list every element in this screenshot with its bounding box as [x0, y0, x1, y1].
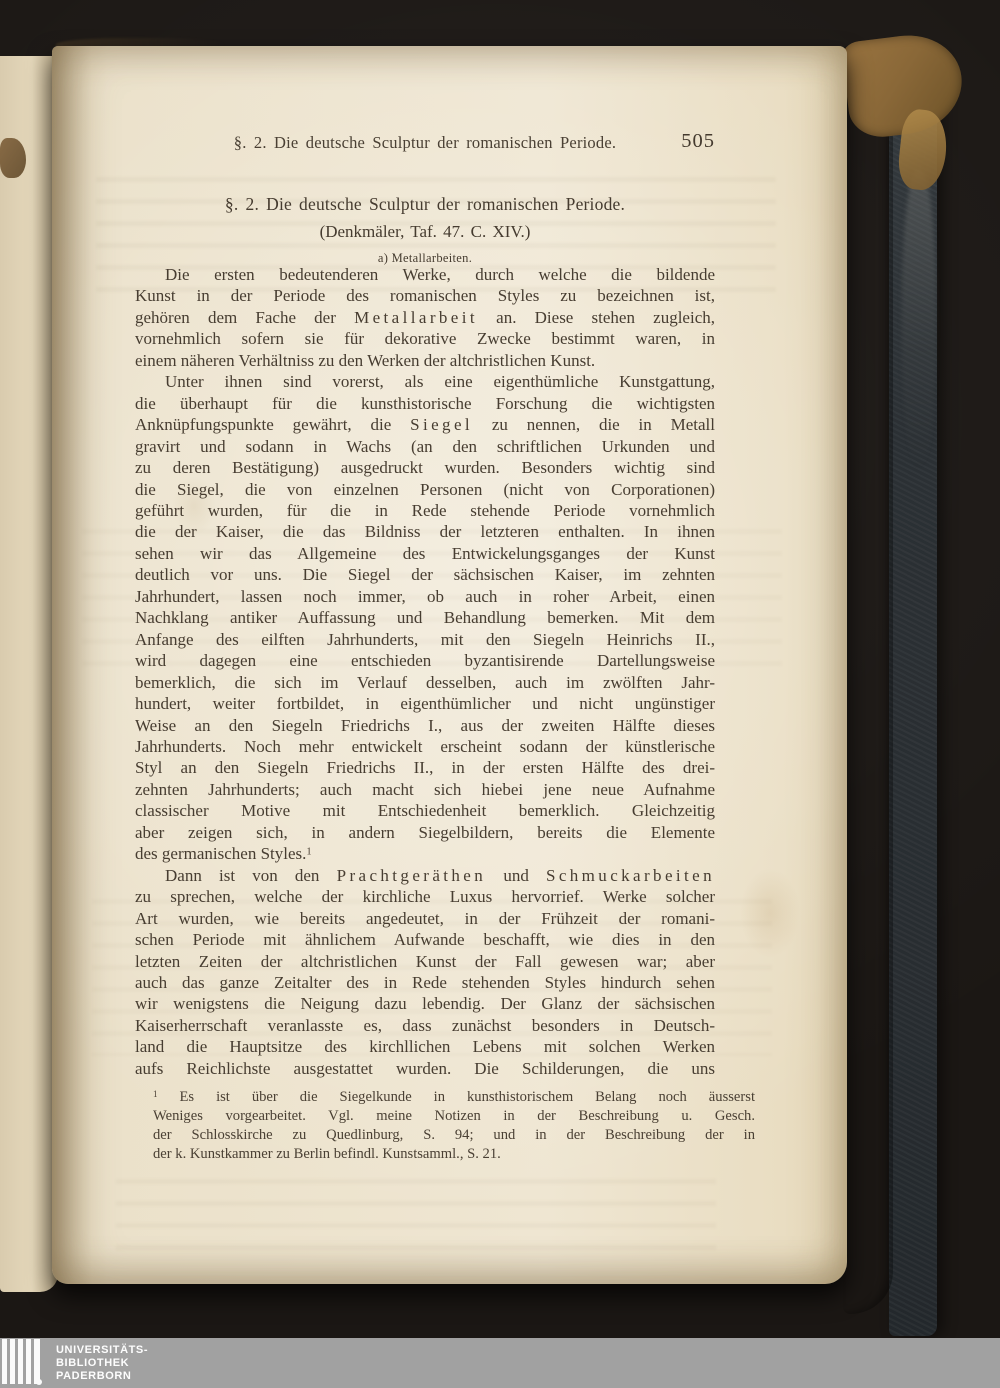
logo-bar [26, 1339, 31, 1384]
logo-dot [36, 1379, 42, 1385]
text-line: die der Kaiser, die das Bildniss der let… [135, 521, 715, 542]
text-segment: auch das ganze Zeitalter des in Rede ste… [135, 973, 715, 992]
library-name-line: BIBLIOTHEK [56, 1357, 148, 1370]
text-line: Die ersten bedeutenderen Werke, durch we… [135, 264, 715, 285]
text-line: classischer Motive mit Entschiedenheit b… [135, 800, 715, 821]
text-segment: bemerklich, die sich im Verlauf desselbe… [135, 673, 715, 692]
text-segment: einem näheren Verhältniss zu den Werken … [135, 351, 595, 370]
text-line: letzten Zeiten der altchristlichen Kunst… [135, 951, 715, 972]
text-segment: hundert, weiter fortbildet, in eigenthüm… [135, 694, 715, 713]
section-title: §. 2. Die deutsche Sculptur der romanisc… [135, 194, 715, 215]
text-segment: der Schlosskirche zu Quedlinburg, S. 94;… [153, 1127, 755, 1143]
text-line: geführt wurden, für die in Rede stehende… [135, 500, 715, 521]
text-segment: Art wurden, wie bereits angedeutet, in d… [135, 909, 715, 928]
text-segment: die Siegel, die von einzelnen Personen (… [135, 480, 715, 499]
running-head: §. 2. Die deutsche Sculptur der romanisc… [135, 130, 715, 156]
text-line: die überhaupt für die kunsthistorische F… [135, 393, 715, 414]
text-line: deutlich vor uns. Die Siegel der sächsis… [135, 564, 715, 585]
text-line: hundert, weiter fortbildet, in eigenthüm… [135, 693, 715, 714]
text-segment: Anfange des eilften Jahrhunderts, mit de… [135, 630, 715, 649]
logo-bar [10, 1339, 15, 1384]
text-segment: wir wenigstens die Neigung dazu lebendig… [135, 994, 715, 1013]
text-segment: Es ist über die Siegelkunde in kunsthist… [158, 1089, 755, 1105]
text-line: zu sprechen, welche der kirchliche Luxus… [135, 886, 715, 907]
text-line: 1 Es ist über die Siegelkunde in kunsthi… [153, 1088, 755, 1107]
text-segment: Die ersten bedeutenderen Werke, durch we… [165, 265, 715, 284]
watermark-bar: UNIVERSITÄTS- BIBLIOTHEK PADERBORN [0, 1338, 1000, 1388]
text-segment: sehen wir das Allgemeine des Entwickelun… [135, 544, 715, 563]
book-page: §. 2. Die deutsche Sculptur der romanisc… [52, 46, 847, 1284]
text-line: die Siegel, die von einzelnen Personen (… [135, 479, 715, 500]
page-number: 505 [681, 130, 715, 153]
text-line: Unter ihnen sind vorerst, als eine eigen… [135, 371, 715, 392]
text-line: sehen wir das Allgemeine des Entwickelun… [135, 543, 715, 564]
text-line: Anknüpfungspunkte gewährt, die Siegel zu… [135, 414, 715, 435]
text-line: einem näheren Verhältniss zu den Werken … [135, 350, 715, 371]
footnote-marker: 1 [306, 847, 311, 858]
text-line: Kunst in der Periode des romanischen Sty… [135, 285, 715, 306]
text-line: gehören dem Fache der Metallarbeit an. D… [135, 307, 715, 328]
text-segment: und [486, 866, 546, 885]
text-line: Dann ist von den Prachtgeräthen und Schm… [135, 865, 715, 886]
text-segment: gravirt und sodann in Wachs (an den schr… [135, 437, 715, 456]
footnote: 1 Es ist über die Siegelkunde in kunsthi… [153, 1088, 755, 1164]
text-segment: Dann ist von den [165, 866, 337, 885]
text-segment: Kaiserherrschaft veranlasste es, dass zu… [135, 1016, 715, 1035]
text-line: der k. Kunstkammer zu Berlin befindl. Ku… [153, 1145, 755, 1164]
text-line: Art wurden, wie bereits angedeutet, in d… [135, 908, 715, 929]
cover-scuff [902, 170, 936, 470]
running-head-title: §. 2. Die deutsche Sculptur der romanisc… [135, 130, 715, 153]
text-segment: geführt wurden, für die in Rede stehende… [135, 501, 715, 520]
text-segment: zu sprechen, welche der kirchliche Luxus… [135, 887, 715, 906]
text-line: auch das ganze Zeitalter des in Rede ste… [135, 972, 715, 993]
text-segment: wird dagegen eine entschieden byzantisir… [135, 651, 715, 670]
text-segment: die der Kaiser, die das Bildniss der let… [135, 522, 715, 541]
text-line: Anfange des eilften Jahrhunderts, mit de… [135, 629, 715, 650]
text-segment: Jahrhundert, lassen noch immer, ob auch … [135, 587, 715, 606]
foxing-stain [740, 868, 800, 958]
text-segment: zehnten Jahrhunderts; auch macht sich hi… [135, 780, 715, 799]
text-line: zu deren Bestätigung) ausgedruckt wurden… [135, 457, 715, 478]
emphasized-term: Prachtgeräthen [337, 866, 487, 885]
text-segment: Weise an den Siegeln Friedrichs I., aus … [135, 716, 715, 735]
text-line: Weise an den Siegeln Friedrichs I., aus … [135, 715, 715, 736]
torn-edge [0, 138, 26, 178]
text-segment: aber zeigen sich, in andern Siegelbilder… [135, 823, 715, 842]
emphasized-term: Metallarbeit [354, 308, 478, 327]
text-segment: zu nennen, die in Metall [473, 415, 715, 434]
logo-bar [18, 1339, 23, 1384]
library-name: UNIVERSITÄTS- BIBLIOTHEK PADERBORN [56, 1344, 148, 1383]
text-segment: Unter ihnen sind vorerst, als eine eigen… [165, 372, 715, 391]
logo-bar [2, 1339, 7, 1384]
text-segment: Nachklang antiker Auffassung und Behandl… [135, 608, 715, 627]
text-segment: letzten Zeiten der altchristlichen Kunst… [135, 952, 715, 971]
emphasized-term: Siegel [410, 415, 473, 434]
text-segment: der k. Kunstkammer zu Berlin befindl. Ku… [153, 1146, 501, 1162]
text-line: schen Periode mit ähnlichem Aufwande bes… [135, 929, 715, 950]
emphasized-term: Schmuckarbeiten [546, 866, 715, 885]
text-segment: Weniges vorgearbeitet. Vgl. meine Notize… [153, 1108, 755, 1124]
text-line: Styl an den Siegeln Friedrichs II., in d… [135, 757, 715, 778]
text-line: aber zeigen sich, in andern Siegelbilder… [135, 822, 715, 843]
text-segment: schen Periode mit ähnlichem Aufwande bes… [135, 930, 715, 949]
text-line: vornehmlich sofern sie für dekorative Zw… [135, 328, 715, 349]
text-line: wir wenigstens die Neigung dazu lebendig… [135, 993, 715, 1014]
text-segment: Jahrhunderts. Noch mehr entwickelt ersch… [135, 737, 715, 756]
body-text: Die ersten bedeutenderen Werke, durch we… [135, 264, 715, 1079]
text-line: zehnten Jahrhunderts; auch macht sich hi… [135, 779, 715, 800]
library-name-line: UNIVERSITÄTS- [56, 1344, 148, 1357]
text-segment: Anknüpfungspunkte gewährt, die [135, 415, 410, 434]
text-line: land die Hauptsitze des kirchllichen Leb… [135, 1036, 715, 1057]
text-segment: des germanischen Styles. [135, 844, 306, 863]
text-segment: an. Diese stehen zugleich, [478, 308, 715, 327]
text-segment: die überhaupt für die kunsthistorische F… [135, 394, 715, 413]
text-line: gravirt und sodann in Wachs (an den schr… [135, 436, 715, 457]
text-line: Weniges vorgearbeitet. Vgl. meine Notize… [153, 1107, 755, 1126]
text-segment: gehören dem Fache der [135, 308, 354, 327]
bleed-through [116, 1166, 716, 1258]
text-segment: Styl an den Siegeln Friedrichs II., in d… [135, 758, 715, 777]
library-name-line: PADERBORN [56, 1370, 148, 1383]
photo-background: §. 2. Die deutsche Sculptur der romanisc… [0, 0, 1000, 1388]
gutter-shadow [52, 46, 92, 1284]
text-segment: deutlich vor uns. Die Siegel der sächsis… [135, 565, 715, 584]
logo-bar [34, 1339, 40, 1384]
text-line: der Schlosskirche zu Quedlinburg, S. 94;… [153, 1126, 755, 1145]
facing-page-edge [0, 56, 58, 1292]
plate-reference: (Denkmäler, Taf. 47. C. XIV.) [135, 222, 715, 242]
text-line: Kaiserherrschaft veranlasste es, dass zu… [135, 1015, 715, 1036]
text-line: aufs Reichlichste ausgestattet wurden. D… [135, 1058, 715, 1079]
text-line: bemerklich, die sich im Verlauf desselbe… [135, 672, 715, 693]
section-heading: §. 2. Die deutsche Sculptur der romanisc… [135, 194, 715, 266]
text-line: Jahrhundert, lassen noch immer, ob auch … [135, 586, 715, 607]
text-line: Jahrhunderts. Noch mehr entwickelt ersch… [135, 736, 715, 757]
text-segment: Kunst in der Periode des romanischen Sty… [135, 286, 715, 305]
text-segment: classischer Motive mit Entschiedenheit b… [135, 801, 715, 820]
text-segment: aufs Reichlichste ausgestattet wurden. D… [135, 1059, 715, 1078]
page-stack-fore-edge [843, 46, 893, 1314]
text-segment: vornehmlich sofern sie für dekorative Zw… [135, 329, 715, 348]
text-line: wird dagegen eine entschieden byzantisir… [135, 650, 715, 671]
text-line: Nachklang antiker Auffassung und Behandl… [135, 607, 715, 628]
text-segment: zu deren Bestätigung) ausgedruckt wurden… [135, 458, 715, 477]
text-segment: land die Hauptsitze des kirchllichen Leb… [135, 1037, 715, 1056]
text-line: des germanischen Styles.1 [135, 843, 715, 864]
